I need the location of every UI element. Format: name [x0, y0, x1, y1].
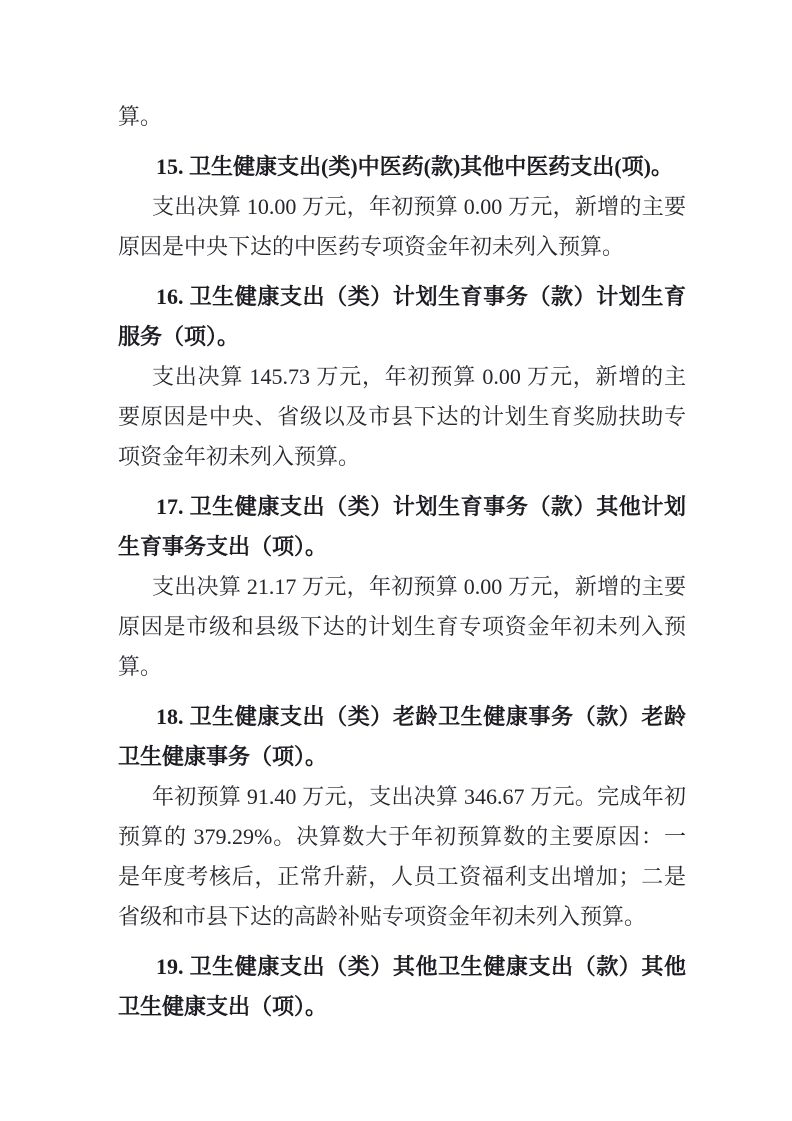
- continuation-text: 算。: [118, 97, 686, 137]
- budget-item-body: 支出决算 145.73 万元，年初预算 0.00 万元，新增的主要原因是中央、省…: [118, 357, 686, 477]
- budget-item-heading: 15. 卫生健康支出(类)中医药(款)其他中医药支出(项)。: [118, 147, 686, 187]
- budget-item-heading: 17. 卫生健康支出（类）计划生育事务（款）其他计划生育事务支出（项）。: [118, 487, 686, 567]
- document-content: 算。 15. 卫生健康支出(类)中医药(款)其他中医药支出(项)。 支出决算 1…: [118, 97, 686, 1027]
- budget-item-heading: 19. 卫生健康支出（类）其他卫生健康支出（款）其他卫生健康支出（项）。: [118, 947, 686, 1027]
- budget-item-section: 15. 卫生健康支出(类)中医药(款)其他中医药支出(项)。 支出决算 10.0…: [118, 147, 686, 267]
- budget-item-heading: 16. 卫生健康支出（类）计划生育事务（款）计划生育服务（项）。: [118, 277, 686, 357]
- budget-item-section: 18. 卫生健康支出（类）老龄卫生健康事务（款）老龄卫生健康事务（项）。 年初预…: [118, 697, 686, 937]
- sections-container: 15. 卫生健康支出(类)中医药(款)其他中医药支出(项)。 支出决算 10.0…: [118, 147, 686, 1027]
- budget-item-body: 支出决算 21.17 万元，年初预算 0.00 万元，新增的主要原因是市级和县级…: [118, 567, 686, 687]
- budget-item-section: 16. 卫生健康支出（类）计划生育事务（款）计划生育服务（项）。 支出决算 14…: [118, 277, 686, 477]
- budget-item-heading: 18. 卫生健康支出（类）老龄卫生健康事务（款）老龄卫生健康事务（项）。: [118, 697, 686, 777]
- budget-item-section: 17. 卫生健康支出（类）计划生育事务（款）其他计划生育事务支出（项）。 支出决…: [118, 487, 686, 687]
- budget-item-section: 19. 卫生健康支出（类）其他卫生健康支出（款）其他卫生健康支出（项）。: [118, 947, 686, 1027]
- document-page: 算。 15. 卫生健康支出(类)中医药(款)其他中医药支出(项)。 支出决算 1…: [0, 0, 792, 1121]
- budget-item-body: 年初预算 91.40 万元，支出决算 346.67 万元。完成年初预算的 379…: [118, 777, 686, 937]
- budget-item-body: 支出决算 10.00 万元，年初预算 0.00 万元，新增的主要原因是中央下达的…: [118, 187, 686, 267]
